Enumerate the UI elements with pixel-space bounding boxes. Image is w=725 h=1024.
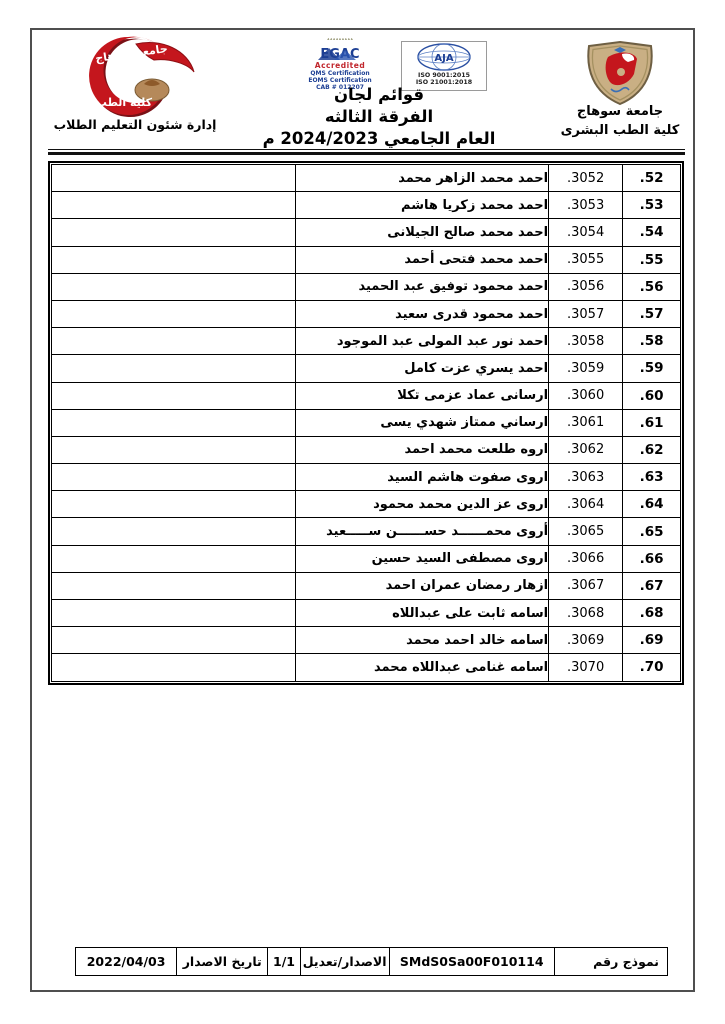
row-number-cell: 58. — [623, 328, 681, 355]
egac-cert-line: EOMS Certification — [308, 77, 371, 84]
student-id-cell: 3056. — [549, 273, 623, 300]
table-row: اروى مصطفى السيد حسين3066.66. — [52, 545, 681, 572]
title-grade: الفرقة الثالثه — [250, 106, 508, 128]
student-name-cell: اسامه خالد احمد محمد — [296, 627, 549, 654]
university-name: جامعة سوهاج — [545, 102, 695, 121]
table-row: اروه طلعت محمد احمد3062.62. — [52, 436, 681, 463]
row-notes-cell — [52, 436, 296, 463]
svg-text:AJA: AJA — [434, 53, 453, 64]
student-name-cell: اسامه ثابت على عبداللاه — [296, 600, 549, 627]
student-id-cell: 3070. — [549, 654, 623, 681]
table-row: أروى محمــــــد حســــــن ســـــعيد3065.… — [52, 518, 681, 545]
header-separator-rule — [48, 149, 685, 155]
student-name-cell: ارسانى عماد عزمى تكلا — [296, 382, 549, 409]
student-id-cell: 3055. — [549, 246, 623, 273]
students-table: احمد محمد الزاهر محمد3052.52.احمد محمد ز… — [51, 164, 681, 682]
document-title-block: قوائم لجان الفرقة الثالثه العام الجامعي … — [250, 84, 508, 150]
table-row: احمد محمد زكريا هاشم3053.53. — [52, 192, 681, 219]
students-table-body: احمد محمد الزاهر محمد3052.52.احمد محمد ز… — [52, 165, 681, 682]
table-row: احمد نور عبد المولى عبد الموجود3058.58. — [52, 328, 681, 355]
row-notes-cell — [52, 165, 296, 192]
row-number-cell: 55. — [623, 246, 681, 273]
student-name-cell: احمد محمد الزاهر محمد — [296, 165, 549, 192]
row-notes-cell — [52, 491, 296, 518]
title-committees: قوائم لجان — [250, 84, 508, 106]
student-name-cell: أروى محمــــــد حســــــن ســـــعيد — [296, 518, 549, 545]
student-id-cell: 3054. — [549, 219, 623, 246]
department-label: إدارة شئون التعليم الطلاب — [50, 117, 220, 132]
row-notes-cell — [52, 572, 296, 599]
student-id-cell: 3060. — [549, 382, 623, 409]
row-notes-cell — [52, 273, 296, 300]
student-name-cell: ارساني ممتاز شهدي يسى — [296, 409, 549, 436]
row-number-cell: 56. — [623, 273, 681, 300]
student-name-cell: اروه طلعت محمد احمد — [296, 436, 549, 463]
row-notes-cell — [52, 518, 296, 545]
row-number-cell: 57. — [623, 300, 681, 327]
student-id-cell: 3059. — [549, 355, 623, 382]
faculty-name: كلية الطب البشرى — [545, 121, 695, 140]
university-shield-logo — [578, 40, 662, 106]
table-row: احمد محمود قدرى سعيد3057.57. — [52, 300, 681, 327]
student-name-cell: ازهار رمضان عمران احمد — [296, 572, 549, 599]
form-code-value: SMdS0Sa00F010114 — [389, 948, 554, 976]
university-name-block: جامعة سوهاج كلية الطب البشرى — [545, 102, 695, 140]
document-page: { "header": { "university": "جامعة سوهاج… — [0, 0, 725, 1024]
table-row: احمد محمد الزاهر محمد3052.52. — [52, 165, 681, 192]
row-number-cell: 70. — [623, 654, 681, 681]
student-id-cell: 3062. — [549, 436, 623, 463]
student-id-cell: 3061. — [549, 409, 623, 436]
row-notes-cell — [52, 382, 296, 409]
row-number-cell: 52. — [623, 165, 681, 192]
table-row: احمد محمد صالح الجيلانى3054.54. — [52, 219, 681, 246]
student-id-cell: 3069. — [549, 627, 623, 654]
table-row: اسامه ثابت على عبداللاه3068.68. — [52, 600, 681, 627]
students-table-container: احمد محمد الزاهر محمد3052.52.احمد محمد ز… — [48, 161, 684, 685]
row-notes-cell — [52, 355, 296, 382]
student-name-cell: احمد يسري عزت كامل — [296, 355, 549, 382]
student-id-cell: 3066. — [549, 545, 623, 572]
row-number-cell: 69. — [623, 627, 681, 654]
aja-globe-icon: AJA — [414, 42, 474, 72]
title-academic-year: العام الجامعي 2024/2023 م — [250, 128, 508, 150]
row-number-cell: 66. — [623, 545, 681, 572]
row-notes-cell — [52, 464, 296, 491]
row-number-cell: 63. — [623, 464, 681, 491]
issue-version-value: 1/1 — [268, 948, 300, 976]
row-number-cell: 61. — [623, 409, 681, 436]
table-row: اسامه غنامى عبداللاه محمد3070.70. — [52, 654, 681, 681]
row-number-cell: 53. — [623, 192, 681, 219]
row-notes-cell — [52, 300, 296, 327]
table-row: ارساني ممتاز شهدي يسى3061.61. — [52, 409, 681, 436]
student-id-cell: 3052. — [549, 165, 623, 192]
row-number-cell: 54. — [623, 219, 681, 246]
aja-iso-line: ISO 9001:2015 — [418, 72, 470, 79]
row-notes-cell — [52, 328, 296, 355]
table-row: احمد محمود توفيق عبد الحميد3056.56. — [52, 273, 681, 300]
row-notes-cell — [52, 409, 296, 436]
form-info-row: 2022/04/03 تاريخ الاصدار 1/1 الاصدار/تعد… — [76, 948, 668, 976]
student-id-cell: 3065. — [549, 518, 623, 545]
student-id-cell: 3064. — [549, 491, 623, 518]
table-row: ازهار رمضان عمران احمد3067.67. — [52, 572, 681, 599]
issue-version-label: الاصدار/تعديل — [300, 948, 389, 976]
row-notes-cell — [52, 545, 296, 572]
student-id-cell: 3057. — [549, 300, 623, 327]
row-notes-cell — [52, 654, 296, 681]
student-id-cell: 3058. — [549, 328, 623, 355]
row-number-cell: 68. — [623, 600, 681, 627]
row-number-cell: 59. — [623, 355, 681, 382]
table-row: ارسانى عماد عزمى تكلا3060.60. — [52, 382, 681, 409]
table-row: اروى صفوت هاشم السيد3063.63. — [52, 464, 681, 491]
issue-date-value: 2022/04/03 — [76, 948, 177, 976]
faculty-crescent-logo: جامعة سوهاج كلية الطب — [66, 34, 206, 118]
student-id-cell: 3063. — [549, 464, 623, 491]
row-notes-cell — [52, 600, 296, 627]
row-notes-cell — [52, 246, 296, 273]
student-name-cell: احمد محمد فتحى أحمد — [296, 246, 549, 273]
form-number-label: نموذج رقم — [554, 948, 667, 976]
student-name-cell: احمد محمود توفيق عبد الحميد — [296, 273, 549, 300]
egac-cert-line: QMS Certification — [310, 70, 369, 77]
table-row: اروى عز الدين محمد محمود3064.64. — [52, 491, 681, 518]
student-name-cell: احمد محمود قدرى سعيد — [296, 300, 549, 327]
egac-accredited-label: Accredited — [315, 62, 365, 70]
row-number-cell: 64. — [623, 491, 681, 518]
student-id-cell: 3053. — [549, 192, 623, 219]
student-id-cell: 3067. — [549, 572, 623, 599]
table-row: احمد يسري عزت كامل3059.59. — [52, 355, 681, 382]
student-name-cell: اسامه غنامى عبداللاه محمد — [296, 654, 549, 681]
student-name-cell: اروى مصطفى السيد حسين — [296, 545, 549, 572]
form-info-table: 2022/04/03 تاريخ الاصدار 1/1 الاصدار/تعد… — [75, 947, 668, 976]
row-number-cell: 65. — [623, 518, 681, 545]
table-row: اسامه خالد احمد محمد3069.69. — [52, 627, 681, 654]
student-name-cell: احمد نور عبد المولى عبد الموجود — [296, 328, 549, 355]
issue-date-label: تاريخ الاصدار — [177, 948, 268, 976]
student-id-cell: 3068. — [549, 600, 623, 627]
student-name-cell: اروى عز الدين محمد محمود — [296, 491, 549, 518]
row-number-cell: 60. — [623, 382, 681, 409]
egac-mountains-icon: EGAC — [312, 44, 368, 62]
row-notes-cell — [52, 192, 296, 219]
crescent-bottom-text: كلية الطب — [96, 96, 153, 109]
student-name-cell: احمد محمد صالح الجيلانى — [296, 219, 549, 246]
student-name-cell: احمد محمد زكريا هاشم — [296, 192, 549, 219]
row-number-cell: 62. — [623, 436, 681, 463]
row-notes-cell — [52, 627, 296, 654]
row-notes-cell — [52, 219, 296, 246]
row-number-cell: 67. — [623, 572, 681, 599]
table-row: احمد محمد فتحى أحمد3055.55. — [52, 246, 681, 273]
student-name-cell: اروى صفوت هاشم السيد — [296, 464, 549, 491]
